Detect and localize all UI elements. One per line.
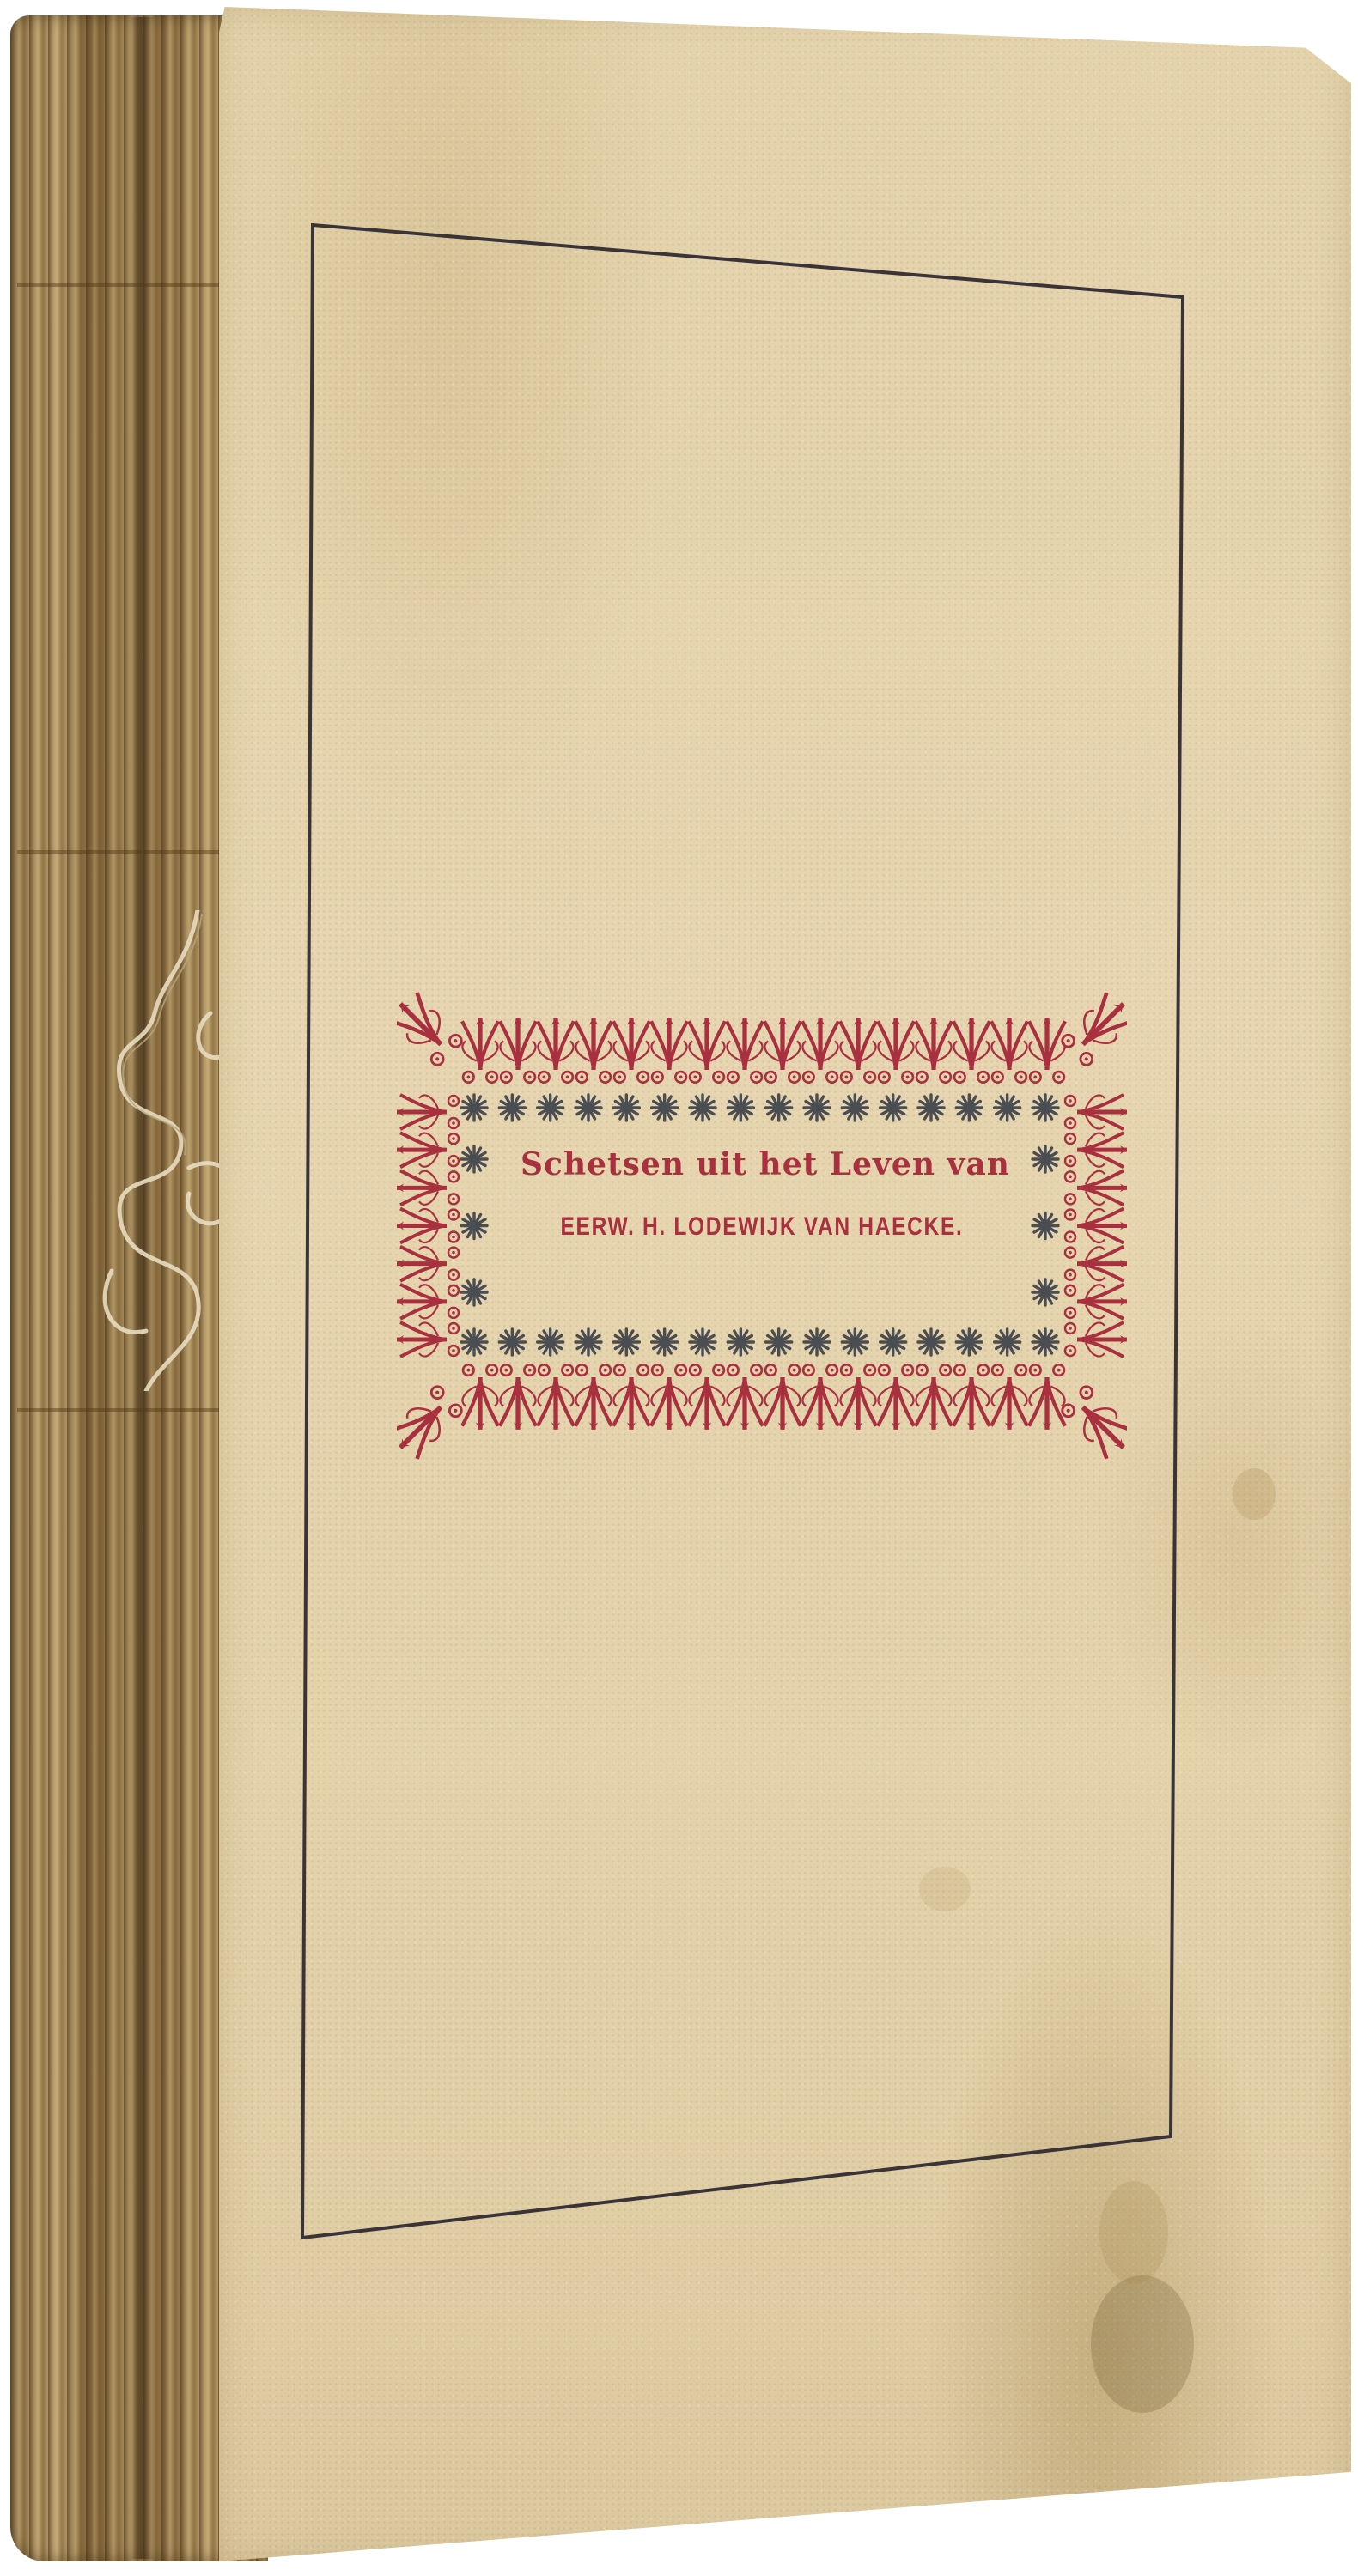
palmette-motif xyxy=(1065,1285,1127,1319)
palmette-motif xyxy=(916,1018,952,1083)
star-motif xyxy=(995,1095,1020,1121)
palmette-motif xyxy=(651,1018,687,1083)
palmette-motif xyxy=(1059,992,1127,1068)
star-motif xyxy=(995,1329,1020,1355)
star-motif xyxy=(461,1279,487,1305)
title-line-2-author: EERW. H. LODEWIJK VAN HAECKE. xyxy=(463,1212,1062,1242)
star-motif xyxy=(918,1329,944,1355)
star-motif xyxy=(880,1095,906,1121)
star-motif xyxy=(880,1329,906,1355)
palmette-motif xyxy=(397,1383,465,1460)
palmette-motif xyxy=(878,1364,914,1430)
star-motif xyxy=(1032,1095,1058,1121)
palmette-motif xyxy=(764,1018,801,1083)
palmette-motif xyxy=(802,1018,838,1083)
palmette-motif xyxy=(764,1364,801,1430)
star-motif xyxy=(918,1095,944,1121)
palmette-motif xyxy=(1029,1364,1065,1430)
star-motif xyxy=(461,1329,487,1355)
star-motif xyxy=(842,1095,868,1121)
palmette-motif xyxy=(500,1018,536,1083)
star-motif xyxy=(766,1095,792,1121)
star-motif xyxy=(499,1329,525,1355)
palmette-motif xyxy=(397,1209,459,1243)
star-motif xyxy=(461,1095,487,1121)
palmette-motif xyxy=(991,1018,1027,1083)
palmette-motif xyxy=(840,1018,876,1083)
palmette-motif xyxy=(1065,1247,1127,1281)
palmette-motif xyxy=(840,1364,876,1430)
palmette-motif xyxy=(727,1364,763,1430)
palmette-motif xyxy=(462,1018,498,1083)
palmette-motif xyxy=(727,1018,763,1083)
palmette-motif xyxy=(575,1018,612,1083)
palmette-motif xyxy=(689,1018,725,1083)
star-motif xyxy=(804,1095,830,1121)
star-motif xyxy=(575,1095,601,1121)
star-motif xyxy=(652,1095,678,1121)
star-motif xyxy=(804,1329,830,1355)
palmette-motif xyxy=(462,1364,498,1430)
palmette-motif xyxy=(953,1364,990,1430)
palmette-motif xyxy=(1065,1322,1127,1357)
palmette-motif xyxy=(1065,1209,1127,1243)
star-motif xyxy=(1032,1279,1058,1305)
palmette-motif xyxy=(397,1247,459,1281)
palmette-motif xyxy=(397,1322,459,1357)
palmette-motif xyxy=(916,1364,952,1430)
palmette-motif xyxy=(575,1364,612,1430)
palmette-motif xyxy=(991,1364,1027,1430)
palmette-motif xyxy=(651,1364,687,1430)
star-motif xyxy=(575,1329,601,1355)
star-motif xyxy=(690,1095,716,1121)
star-motif xyxy=(538,1329,563,1355)
palmette-motif xyxy=(397,1285,459,1319)
palmette-motif xyxy=(1065,1095,1127,1129)
palmette-motif xyxy=(397,1095,459,1129)
palmette-motif xyxy=(538,1364,574,1430)
star-motif xyxy=(956,1095,982,1121)
palmette-motif xyxy=(689,1364,725,1430)
star-motif xyxy=(499,1095,525,1121)
title-cartouche: Schetsen uit het Leven van EERW. H. LODE… xyxy=(397,992,1127,1460)
star-motif xyxy=(728,1329,753,1355)
palmette-motif xyxy=(1059,1383,1127,1460)
star-motif xyxy=(842,1329,868,1355)
palmette-motif xyxy=(500,1364,536,1430)
palmette-motif xyxy=(538,1018,574,1083)
palmette-motif xyxy=(613,1018,649,1083)
star-motif xyxy=(652,1329,678,1355)
star-motif xyxy=(538,1095,563,1121)
palmette-motif xyxy=(953,1018,990,1083)
palmette-motif xyxy=(878,1018,914,1083)
palmette-motif xyxy=(802,1364,838,1430)
star-motif xyxy=(613,1095,639,1121)
title-line-1: Schetsen uit het Leven van xyxy=(400,1146,1130,1182)
star-motif xyxy=(1032,1329,1058,1355)
star-motif xyxy=(728,1095,753,1121)
star-motif xyxy=(613,1329,639,1355)
palmette-motif xyxy=(1029,1018,1065,1083)
star-motif xyxy=(766,1329,792,1355)
palmette-motif xyxy=(613,1364,649,1430)
star-motif xyxy=(690,1329,716,1355)
star-motif xyxy=(956,1329,982,1355)
palmette-motif xyxy=(397,992,465,1068)
